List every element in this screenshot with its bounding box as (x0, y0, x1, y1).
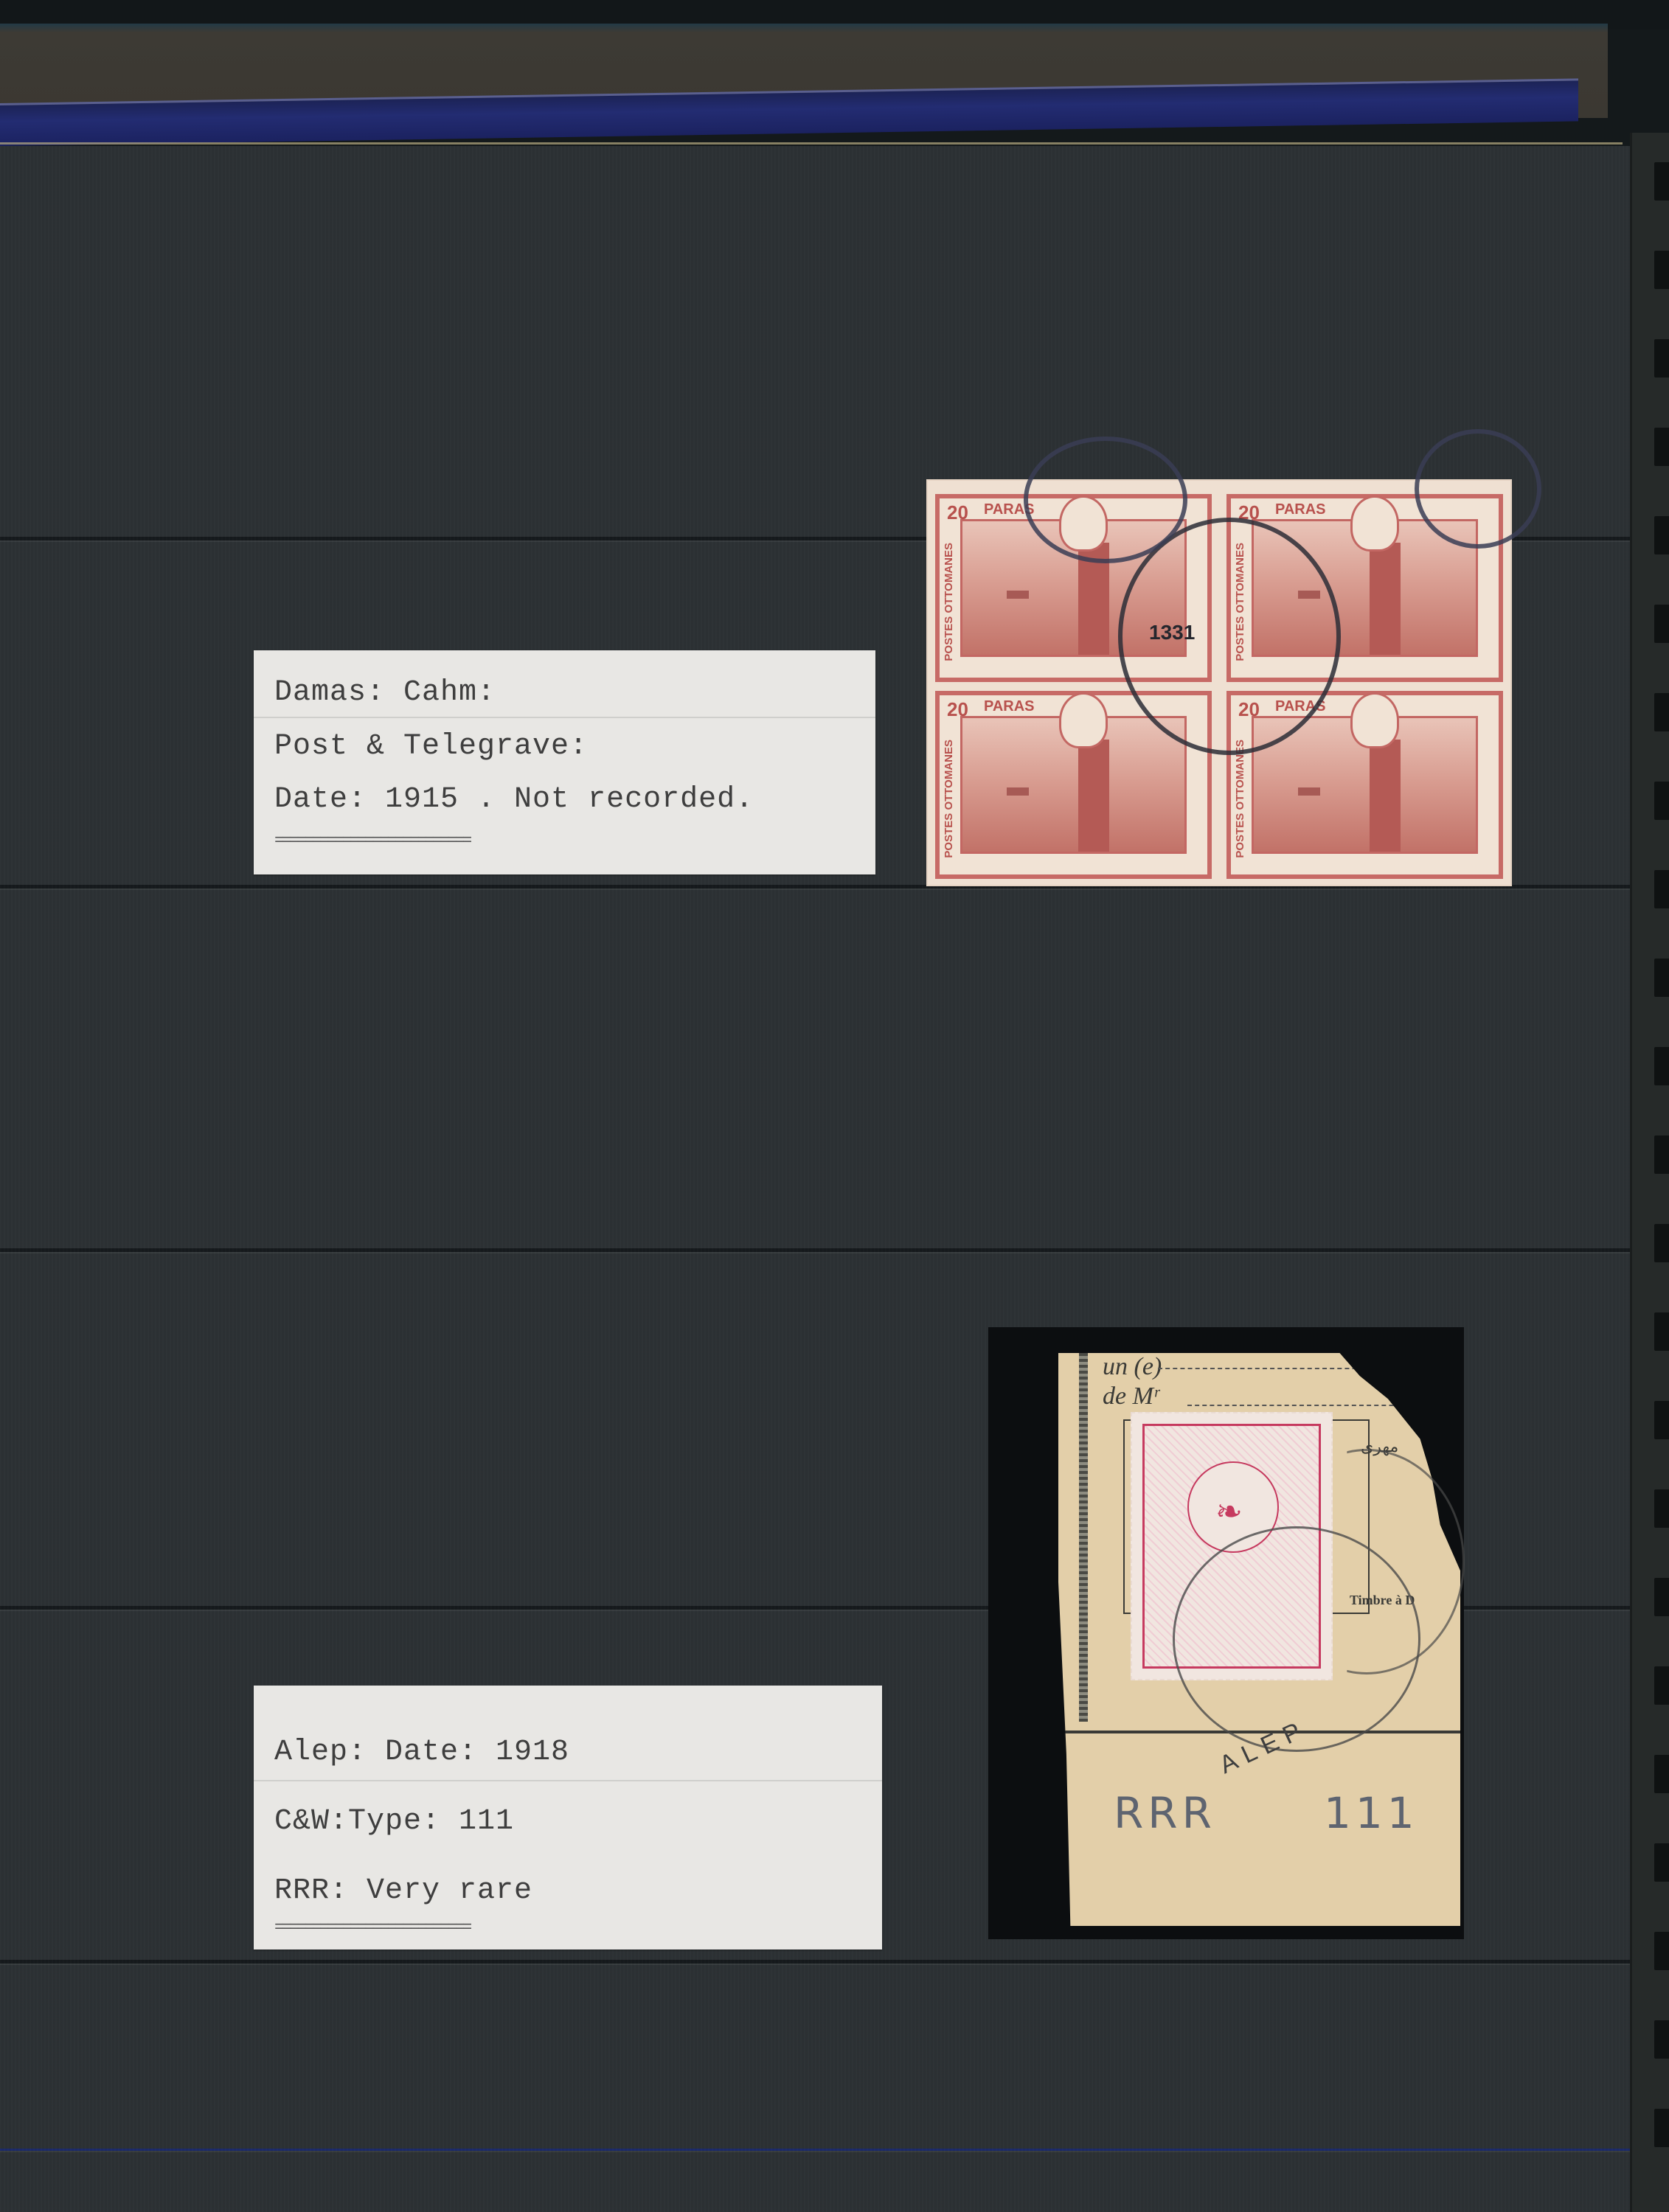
postmark-cancel (1024, 437, 1187, 563)
binding-hole (1654, 2020, 1669, 2059)
stamp-country: POSTES OTTOMANES (1234, 740, 1246, 858)
typewritten-label-alep: Alep: Date: 1918 C&W:Type: 111 RRR: Very… (254, 1686, 882, 1950)
label-line: Alep: Date: 1918 (274, 1736, 569, 1769)
binding-hole (1654, 1312, 1669, 1351)
label-fold (254, 1780, 882, 1781)
stamp-currency: PARAS (1275, 501, 1326, 518)
stock-strip (0, 1960, 1630, 1964)
tughra-emblem-icon (1350, 692, 1399, 748)
tower-image (1370, 740, 1401, 852)
binding-hole (1654, 605, 1669, 643)
postmark-date: 1331 (1149, 621, 1195, 644)
binding-hole (1654, 428, 1669, 466)
ship-image (1007, 787, 1029, 796)
binding-hole (1654, 1578, 1669, 1616)
binding-hole (1654, 162, 1669, 201)
label-rule: ========================== (274, 833, 470, 849)
binding-hole (1654, 1489, 1669, 1528)
binding-hole (1654, 1047, 1669, 1085)
tower-image (1078, 740, 1109, 852)
stamp-block-of-four: 20 PARAS POSTES OTTOMANES 20 PARAS POSTE… (928, 481, 1510, 885)
binding-hole (1654, 693, 1669, 731)
stamp-currency: PARAS (984, 698, 1035, 715)
cover-rule (0, 142, 1623, 145)
binding-hole (1654, 959, 1669, 997)
tughra-icon: ❧ (1215, 1493, 1243, 1531)
label-fold (254, 717, 875, 718)
label-line: RRR: Very rare (274, 1874, 532, 1907)
stamp-denomination: 20 (947, 501, 968, 524)
tughra-emblem-icon (1350, 495, 1399, 552)
form-dotted-line (1158, 1368, 1379, 1369)
binding-hole (1654, 870, 1669, 908)
label-line: Damas: Cahm: (274, 676, 496, 709)
label-line: Post & Telegrave: (274, 730, 588, 763)
stock-strip (0, 885, 1630, 888)
handwritten-type: 111 (1324, 1788, 1419, 1838)
stock-strip (0, 2149, 1630, 2151)
label-line: C&W:Type: 111 (274, 1805, 514, 1838)
handwritten-rarity: RRR (1114, 1788, 1216, 1838)
tughra-emblem-icon (1059, 692, 1108, 748)
postmark-cancel (1415, 429, 1541, 549)
binding-hole (1654, 1755, 1669, 1793)
binding-hole (1654, 1666, 1669, 1705)
binding-hole (1654, 1843, 1669, 1882)
binding-hole (1654, 1224, 1669, 1262)
stamp-denomination: 20 (947, 698, 968, 721)
ship-image (1298, 787, 1320, 796)
label-rule: ========================== (274, 1920, 470, 1936)
binding-hole (1654, 516, 1669, 554)
typewritten-label-damas: Damas: Cahm: Post & Telegrave: Date: 191… (254, 650, 875, 874)
binding-hole (1654, 251, 1669, 289)
stamp-country: POSTES OTTOMANES (943, 740, 955, 858)
binding-hole (1654, 1932, 1669, 1970)
binding-hole (1654, 782, 1669, 820)
stamp-country: POSTES OTTOMANES (943, 543, 955, 661)
binding-hole (1654, 1135, 1669, 1174)
binding-hole (1654, 2109, 1669, 2147)
ship-image (1007, 591, 1029, 599)
form-text: un (e) (1103, 1353, 1162, 1381)
form-border-bar (1079, 1353, 1088, 1722)
binding-hole (1654, 1401, 1669, 1439)
stock-strip (0, 1248, 1630, 1252)
tower-image (1370, 543, 1401, 655)
form-dotted-line (1187, 1405, 1423, 1406)
binding-hole (1654, 339, 1669, 378)
album-binding-strip (1630, 133, 1669, 2212)
label-line: Date: 1915 . Not recorded. (274, 783, 754, 816)
form-text: de Mʳ (1103, 1382, 1159, 1411)
